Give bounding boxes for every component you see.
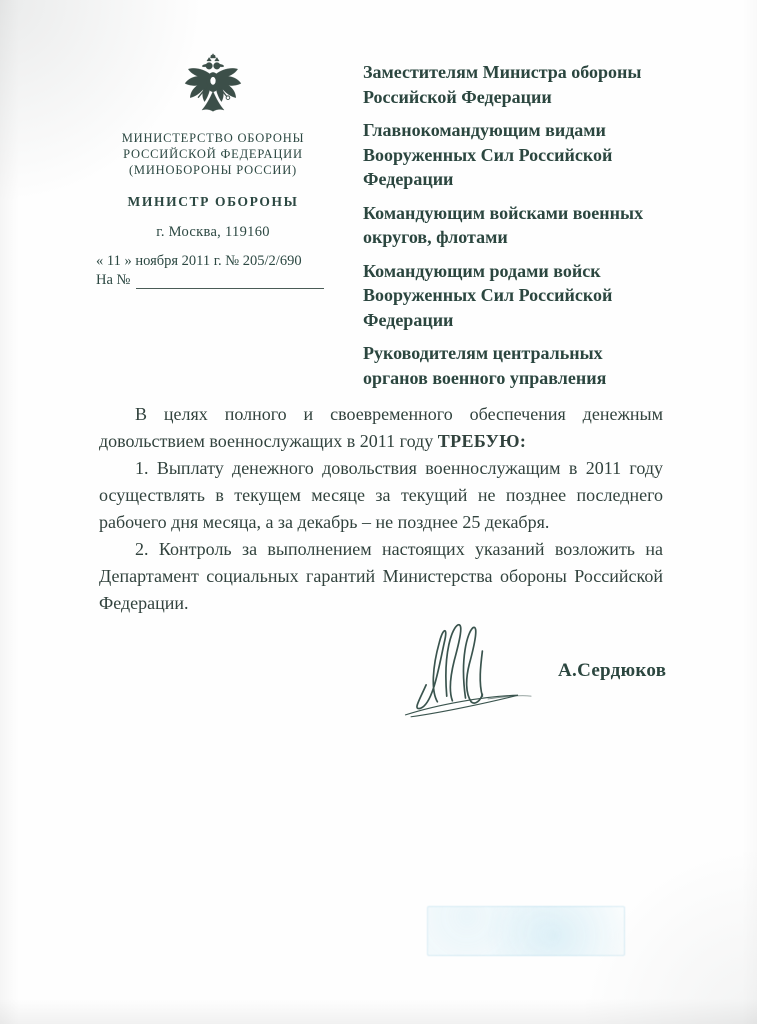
date-number-line: « 11 » ноября 2011 г. № 205/2/690 [88, 253, 338, 270]
reference-label: На № [96, 272, 130, 289]
body-paragraph-item2: 2. Контроль за выполнением настоящих ука… [99, 536, 663, 617]
letter-body: В целях полного и своевременного обеспеч… [99, 401, 663, 617]
addressee-item: Командующим войсками военных округов, фл… [363, 201, 665, 250]
coat-of-arms-double-headed-eagle-icon [174, 52, 252, 120]
scanned-letter-page: МИНИСТЕРСТВО ОБОРОНЫ РОССИЙСКОЙ ФЕДЕРАЦИ… [0, 0, 757, 1024]
faint-stamp-artifact [427, 906, 625, 956]
demand-keyword: ТРЕБУЮ: [438, 431, 527, 451]
city-postcode-line: г. Москва, 119160 [88, 224, 338, 241]
addressee-block: Заместителям Министра обороны Российской… [363, 60, 665, 399]
reference-line: На № [88, 272, 338, 289]
addressee-item: Руководителям центральных органов военно… [363, 341, 665, 390]
org-name-line3: (МИНОБОРОНЫ РОССИИ) [88, 162, 338, 178]
body-paragraph-item1: 1. Выплату денежного довольствия военнос… [99, 455, 663, 536]
addressee-item: Заместителям Министра обороны Российской… [363, 60, 665, 109]
body-paragraph-intro: В целях полного и своевременного обеспеч… [99, 401, 663, 455]
handwritten-signature-icon [398, 608, 548, 728]
reference-blank-underline [136, 275, 324, 289]
signatory-name: А.Сердюков [558, 660, 666, 682]
letterhead: МИНИСТЕРСТВО ОБОРОНЫ РОССИЙСКОЙ ФЕДЕРАЦИ… [88, 52, 338, 289]
minister-title: МИНИСТР ОБОРОНЫ [88, 194, 338, 210]
org-name-line2: РОССИЙСКОЙ ФЕДЕРАЦИИ [88, 146, 338, 162]
signature-block: А.Сердюков [398, 608, 698, 738]
addressee-item: Главнокомандующим видами Вооруженных Сил… [363, 118, 665, 192]
org-name-line1: МИНИСТЕРСТВО ОБОРОНЫ [88, 130, 338, 146]
addressee-item: Командующим родами войск Вооруженных Сил… [363, 259, 665, 333]
body-paragraph-intro-text: В целях полного и своевременного обеспеч… [99, 404, 663, 451]
